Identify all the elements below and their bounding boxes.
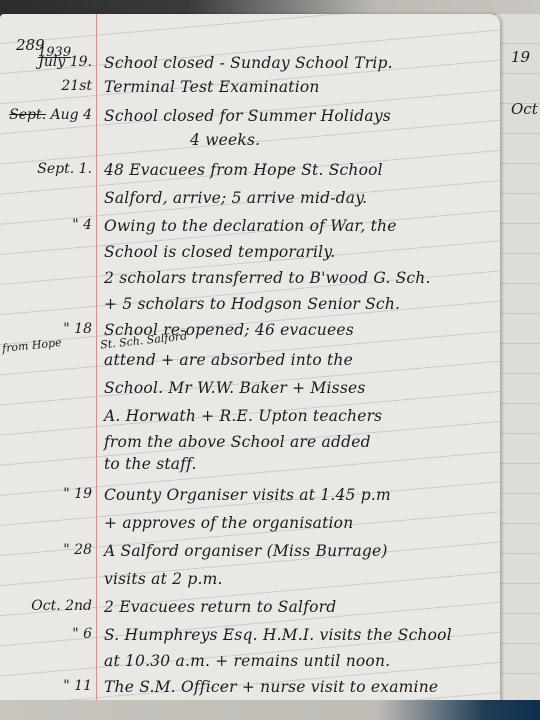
entry-date: Oct. 2nd <box>4 598 92 614</box>
entry-date: " 28 <box>4 542 92 558</box>
entry-text: A. Horwath + R.E. Upton teachers <box>104 407 489 425</box>
log-entry: to the staff. <box>0 451 500 479</box>
log-entry: " 11 The S.M. Officer + nurse visit to e… <box>0 674 500 702</box>
log-entry: visits at 2 p.m. <box>0 566 500 594</box>
entry-text: Salford, arrive; 5 arrive mid-day. <box>104 189 489 207</box>
log-book-page: 289 1939 July 19. School closed - Sunday… <box>0 14 500 704</box>
entry-text: to the staff. <box>104 455 489 473</box>
entry-text: Terminal Test Examination <box>104 78 489 96</box>
log-entry: " 4 Owing to the declaration of War, the <box>0 213 500 241</box>
log-entry: 2 scholars transferred to B'wood G. Sch. <box>0 265 500 293</box>
entry-date: " 6 <box>4 626 92 642</box>
entry-text: from the above School are added <box>104 433 489 451</box>
entry-date: " 4 <box>4 217 92 233</box>
entry-text: at 10.30 a.m. + remains until noon. <box>104 652 489 670</box>
entry-date: 21st <box>4 78 92 94</box>
entry-text: + approves of the organisation <box>104 514 489 532</box>
log-entry: " 6 S. Humphreys Esq. H.M.I. visits the … <box>0 622 500 650</box>
entry-date: July 19. <box>4 54 92 70</box>
entry-text: The S.M. Officer + nurse visit to examin… <box>104 678 489 696</box>
entry-text: 4 weeks. <box>190 131 500 149</box>
entry-date: Sept. 1. <box>4 161 92 177</box>
log-entry: Salford, arrive; 5 arrive mid-day. <box>0 185 500 213</box>
entry-text: + 5 scholars to Hodgson Senior Sch. <box>104 295 489 313</box>
entry-text: School is closed temporarily. <box>104 243 489 261</box>
entry-text: County Organiser visits at 1.45 p.m <box>104 486 489 504</box>
entry-date: " 19 <box>4 486 92 502</box>
entry-text: 2 scholars transferred to B'wood G. Sch. <box>104 269 489 287</box>
entry-text: School closed for Summer Holidays <box>104 107 489 125</box>
facing-page-month-fragment: Oct <box>511 100 538 118</box>
log-entry: " 19 County Organiser visits at 1.45 p.m <box>0 482 500 510</box>
entry-text: Owing to the declaration of War, the <box>104 217 489 235</box>
log-entry: School is closed temporarily. <box>0 239 500 267</box>
log-entry: A. Horwath + R.E. Upton teachers <box>0 403 500 431</box>
facing-page: 19 Oct <box>494 14 540 704</box>
entry-text: 48 Evacuees from Hope St. School <box>104 161 489 179</box>
log-entry: at 10.30 a.m. + remains until noon. <box>0 648 500 676</box>
corrected-date: Aug 4 <box>51 107 92 123</box>
log-entry: Oct. 2nd 2 Evacuees return to Salford <box>0 594 500 622</box>
entry-text: attend + are absorbed into the <box>104 351 489 369</box>
log-entry: attend + are absorbed into the <box>0 347 500 375</box>
log-entry: 4 weeks. <box>0 127 500 155</box>
log-entry: 21st Terminal Test Examination <box>0 74 500 102</box>
entry-text: School. Mr W.W. Baker + Misses <box>104 379 489 397</box>
entry-text: S. Humphreys Esq. H.M.I. visits the Scho… <box>104 626 489 644</box>
entry-text: visits at 2 p.m. <box>104 570 489 588</box>
entry-date: " 18 <box>4 321 92 337</box>
entry-date: Sept. Aug 4 <box>4 107 92 123</box>
log-entry: School. Mr W.W. Baker + Misses <box>0 375 500 403</box>
log-entry: " 18 School re-opened; 46 evacuees <box>0 317 500 345</box>
log-entry: Sept. 1. 48 Evacuees from Hope St. Schoo… <box>0 157 500 185</box>
log-entry: + approves of the organisation <box>0 510 500 538</box>
entry-text: A Salford organiser (Miss Burrage) <box>104 542 489 560</box>
facing-page-year-fragment: 19 <box>511 48 530 66</box>
log-entry: + 5 scholars to Hodgson Senior Sch. <box>0 291 500 319</box>
table-surface <box>0 700 540 720</box>
entry-text: 2 Evacuees return to Salford <box>104 598 489 616</box>
struck-date: Sept. <box>9 107 46 123</box>
entry-date: " 11 <box>4 678 92 694</box>
log-entry: " 28 A Salford organiser (Miss Burrage) <box>0 538 500 566</box>
entry-text: School closed - Sunday School Trip. <box>104 54 489 72</box>
